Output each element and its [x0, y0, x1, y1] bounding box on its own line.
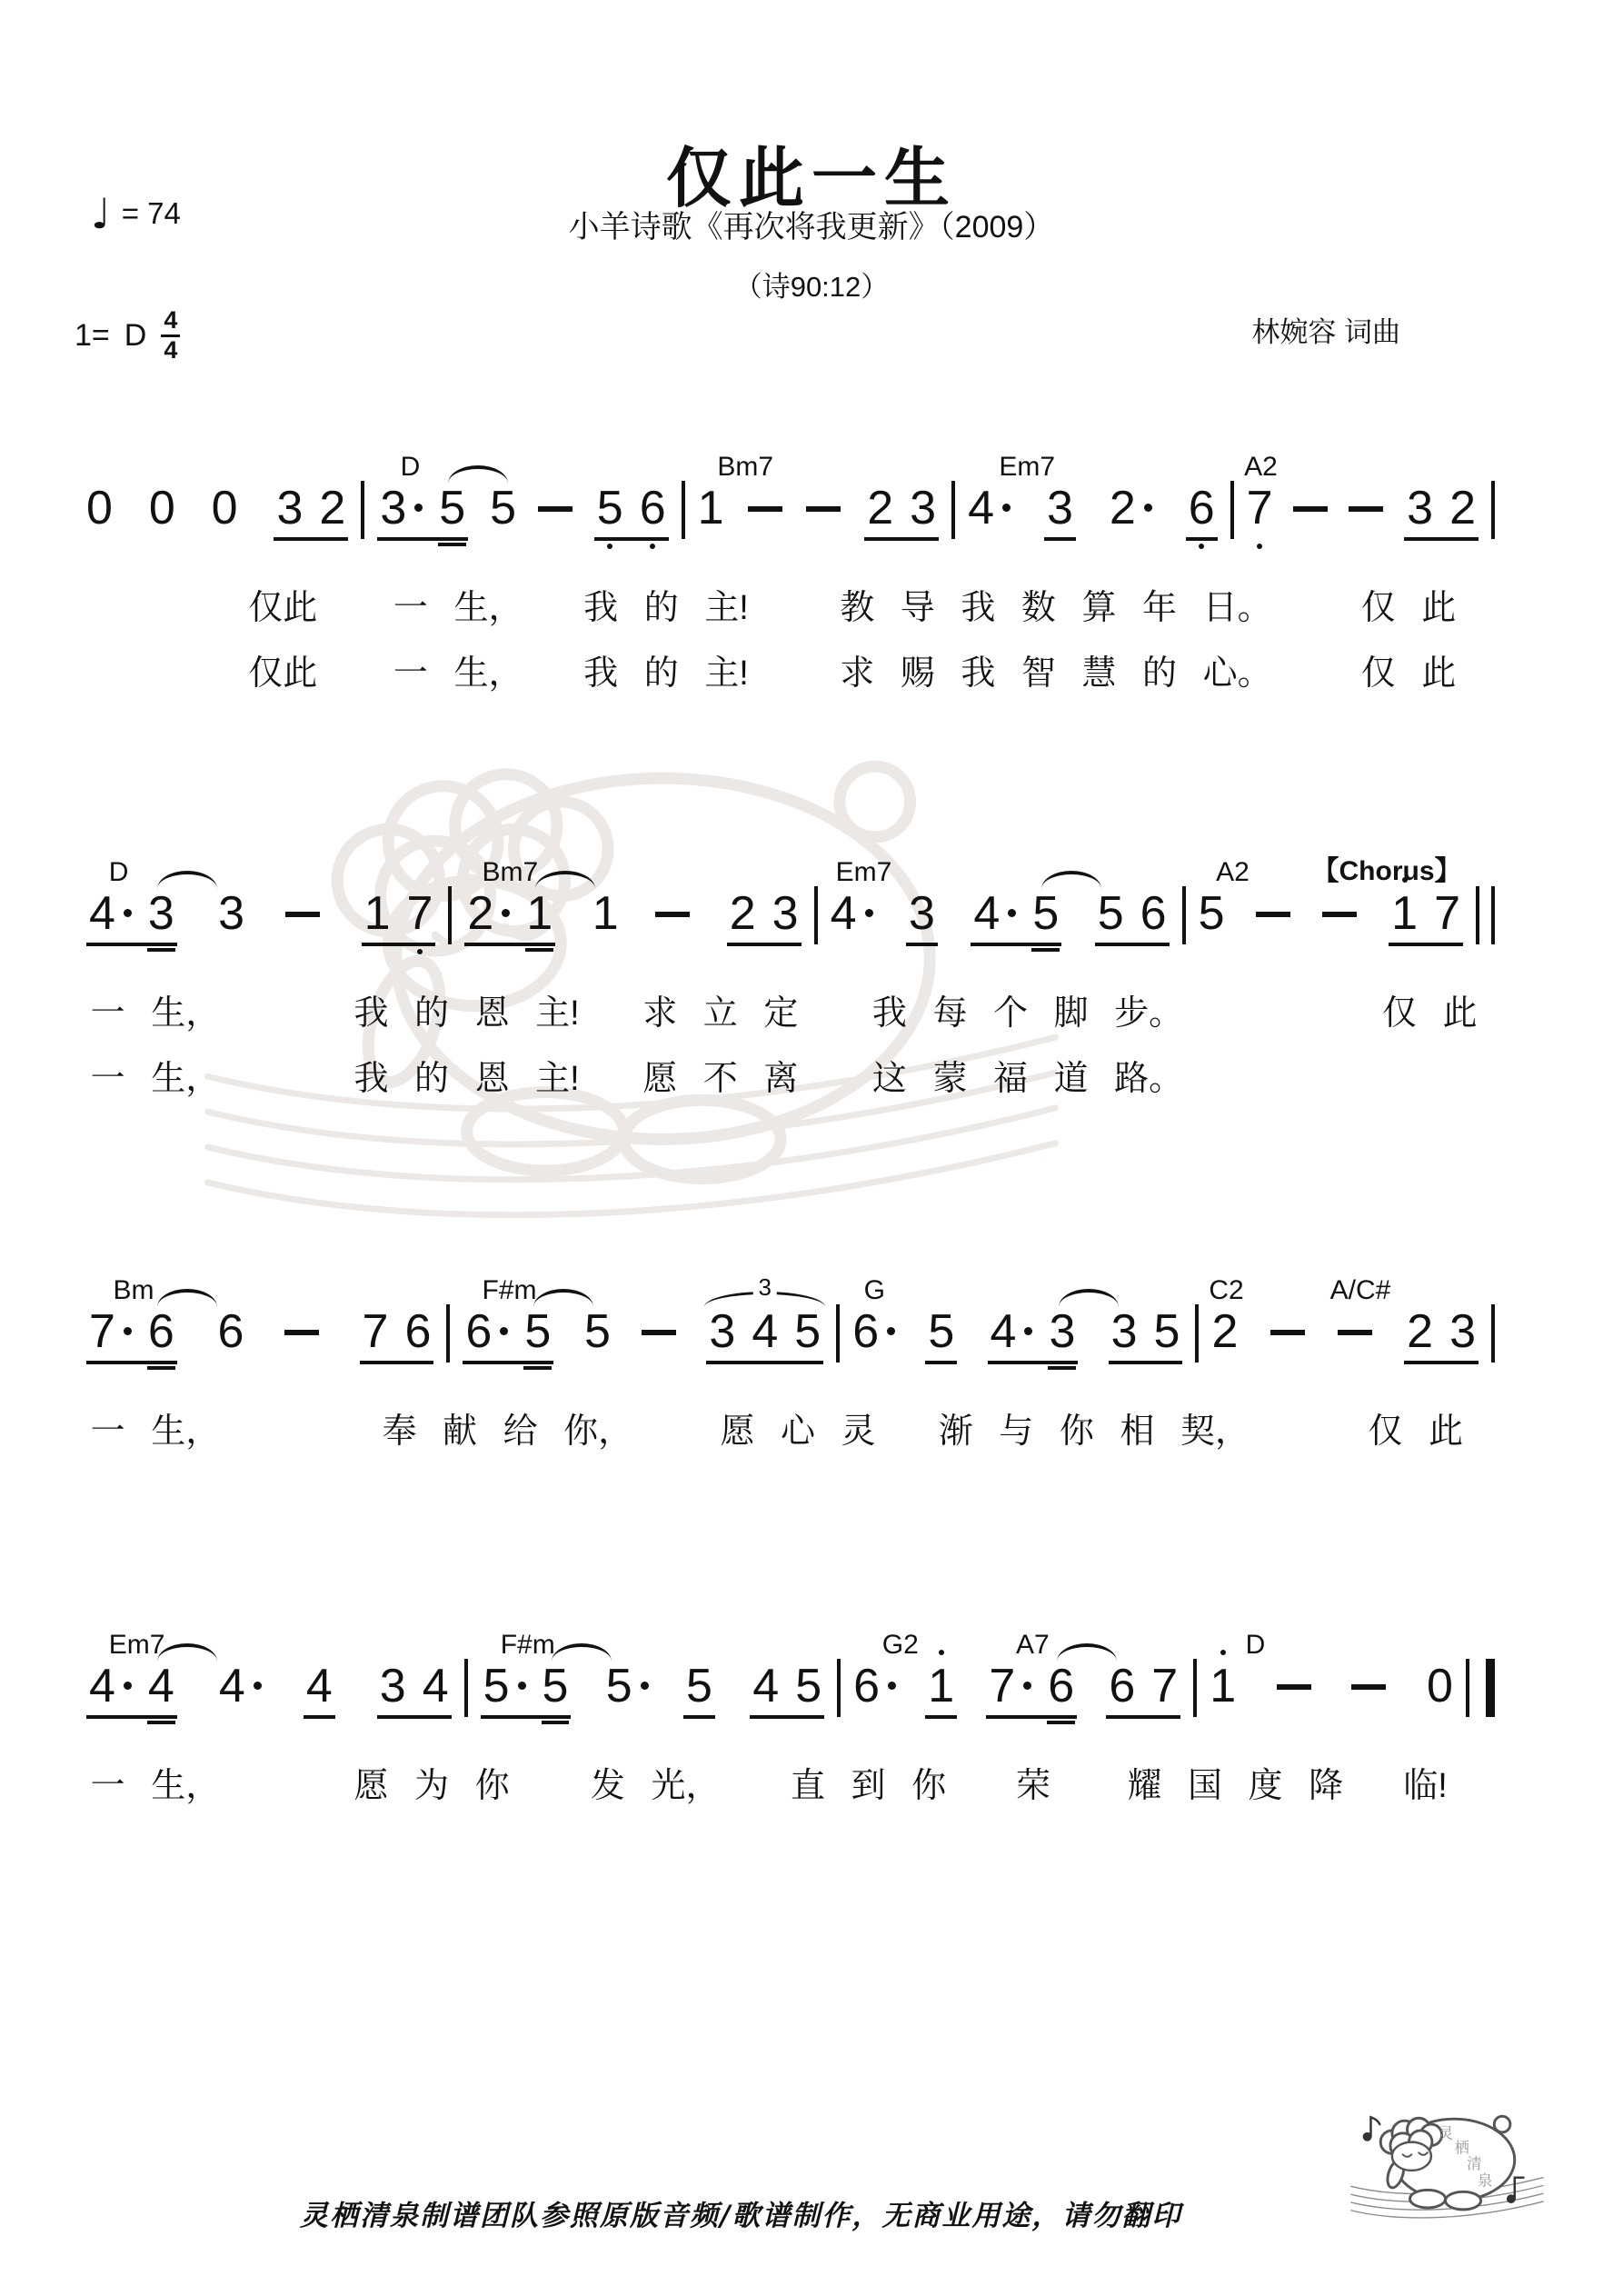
beam-group: 35: [377, 484, 468, 541]
music-system: BmF#mGC2A/C#766766553345654335223一 生，奉 献…: [86, 1266, 1495, 1444]
music-system: DBm7Em7A200032355561234326732仅此一 生，我 的 主…: [86, 443, 1495, 686]
augmentation-dot: [1024, 1327, 1032, 1335]
note-digit: 1: [928, 1662, 954, 1710]
measure: 555545: [468, 1662, 838, 1719]
note-digit: 3: [772, 890, 799, 937]
note-digit: 1: [1210, 1662, 1236, 1710]
note-digit: 0: [1427, 1662, 1453, 1710]
duration-dash: [538, 506, 573, 512]
chord-label: Bm7: [717, 452, 773, 483]
note: 1: [1391, 890, 1418, 937]
chord-row: DBm7Em7A2: [86, 443, 1495, 484]
note-digit: 5: [794, 1308, 821, 1355]
note: 1: [928, 1662, 954, 1710]
note-digit: 5: [1098, 890, 1124, 937]
note: 3: [1047, 484, 1073, 532]
duration-dash: [1256, 912, 1290, 917]
chord-label: Em7: [836, 857, 892, 888]
duration-dash: [1293, 506, 1328, 512]
barline: [1491, 1304, 1495, 1363]
beam-group: 21: [464, 890, 555, 946]
note: 6: [1189, 484, 1215, 532]
beam-group: 1: [925, 1662, 957, 1719]
lyric-group: 我 的 恩 主!: [354, 1050, 580, 1100]
note: 5: [543, 1662, 569, 1710]
augmentation-dot: [124, 909, 132, 917]
chord-label: A7: [1016, 1630, 1050, 1661]
note: 5: [1032, 890, 1059, 937]
note: 1: [364, 890, 391, 937]
augmentation-dot: [1002, 504, 1011, 512]
note-digit: 5: [928, 1308, 954, 1355]
note: 6: [640, 484, 666, 532]
note: 3: [218, 890, 244, 937]
augmentation-dot: [888, 1682, 896, 1690]
chord-label: A/C#: [1330, 1275, 1391, 1306]
measure: 35556: [364, 484, 681, 541]
note-digit: 4: [148, 1662, 174, 1710]
lyric-group: 这 蒙 福 道 路。: [872, 1050, 1183, 1100]
note-digit: 1: [1391, 890, 1418, 937]
note-digit: 3: [1047, 484, 1073, 532]
lyric-group: 仅 此: [1361, 579, 1457, 629]
note: 5: [439, 484, 465, 532]
note-digit: 3: [380, 484, 406, 532]
chord-label: G2: [882, 1630, 919, 1661]
note: 6: [1109, 1662, 1135, 1710]
note: 3: [1407, 484, 1433, 532]
measure: 123: [685, 484, 951, 541]
note: 3: [1111, 1308, 1138, 1355]
beam-group: 3: [1044, 484, 1076, 541]
beam-group: 56: [1095, 890, 1170, 946]
note-digit: 3: [1049, 1308, 1075, 1355]
music-system: DBm7Em7A2【Chorus】4331721123434556517一 生，…: [86, 848, 1495, 1092]
note: 6: [853, 1662, 896, 1710]
measure: 732: [1234, 484, 1491, 541]
note: 4: [306, 1662, 333, 1710]
lyric-group: 愿 心 灵: [721, 1403, 876, 1452]
note-digit: 0: [212, 484, 238, 532]
note-digit: 5: [584, 1308, 611, 1355]
note-digit: 3: [909, 890, 935, 937]
chord-label: D: [109, 857, 129, 888]
lyric-group: 一 生，: [393, 579, 523, 629]
measure: 43317: [86, 890, 448, 946]
augmentation-dot: [1008, 909, 1016, 917]
note-digit: 4: [968, 484, 994, 532]
sixteenth-underline: [1048, 1366, 1076, 1370]
sixteenth-underline: [1047, 1721, 1075, 1724]
measure: 10: [1197, 1662, 1466, 1710]
lyric-group: 愿 为 你: [354, 1757, 510, 1807]
note-digit: 4: [991, 1308, 1017, 1355]
note: 6: [1048, 1662, 1074, 1710]
note: 3: [380, 1662, 406, 1710]
note-digit: 2: [467, 890, 493, 937]
lyric-group: 一 生，: [91, 984, 221, 1034]
note: 1: [1210, 1662, 1236, 1710]
note-digit: 6: [1109, 1662, 1135, 1710]
lyric-group: 耀 国 度 降: [1127, 1757, 1343, 1807]
note: 4: [89, 1662, 132, 1710]
lyric-group: 发 光，: [591, 1757, 721, 1807]
note-digit: 4: [306, 1662, 333, 1710]
note: 5: [928, 1308, 954, 1355]
barline: [1476, 886, 1495, 944]
duration-dash: [284, 1330, 319, 1335]
lyric-group: 求 立 定: [642, 984, 798, 1034]
note-digit: 5: [606, 1662, 632, 1710]
note-digit: 2: [1110, 484, 1136, 532]
lyric-group: 我 的 恩 主!: [354, 984, 580, 1034]
lyric-group: 我 每 个 脚 步。: [872, 984, 1183, 1034]
note: 1: [592, 890, 619, 937]
note-digit: 4: [752, 1662, 779, 1710]
lyric-group: 仅此: [248, 644, 317, 694]
note-digit: 5: [1199, 890, 1225, 937]
measure: 617667: [841, 1662, 1193, 1719]
note: 7: [406, 890, 433, 937]
augmentation-dot: [124, 1327, 132, 1335]
key-signature: 1= D 4 4: [75, 307, 180, 364]
note: 6: [404, 1308, 431, 1355]
lyric-group: 荣: [1016, 1757, 1050, 1807]
note: 1: [526, 890, 553, 937]
note: 2: [467, 890, 510, 937]
augmentation-dot: [124, 1682, 132, 1690]
beam-group: 45: [750, 1662, 824, 1719]
note: 6: [465, 1308, 508, 1355]
note: 4: [752, 1662, 779, 1710]
note: 5: [584, 1308, 611, 1355]
note-digit: 2: [319, 484, 345, 532]
sixteenth-underline: [147, 1366, 175, 1370]
sixteenth-underline: [438, 543, 466, 546]
scripture-reference: （诗90:12）: [0, 264, 1623, 304]
note-digit: 1: [364, 890, 391, 937]
chord-label: C2: [1209, 1275, 1243, 1306]
note-digit: 5: [1154, 1308, 1180, 1355]
note: 4: [89, 890, 132, 937]
note-digit: 1: [526, 890, 553, 937]
measure: 76676: [86, 1308, 446, 1364]
footer-note: 灵栖清泉制谱团队参照原版音频/歌谱制作，无商业用途，请勿翻印: [300, 2192, 1181, 2233]
lyrics-row: 仅此一 生，我 的 主!求 赐 我 智 慧 的 心。仅 此: [86, 644, 1495, 686]
note-digit: 1: [698, 484, 724, 532]
note-digit: 7: [1434, 890, 1460, 937]
note-digit: 5: [686, 1662, 712, 1710]
lyric-group: 仅 此: [1361, 644, 1457, 694]
lyric-group: 一 生，: [91, 1757, 221, 1807]
time-denominator: 4: [161, 334, 180, 364]
note: 5: [524, 1308, 551, 1355]
chord-label: Em7: [109, 1630, 165, 1661]
beam-group: 43: [988, 1308, 1079, 1364]
chord-label: Em7: [999, 452, 1055, 483]
sixteenth-underline: [525, 948, 553, 952]
note: 6: [148, 1308, 174, 1355]
note: 4: [423, 1662, 449, 1710]
lyric-group: 一 生，: [393, 644, 523, 694]
note: 2: [1407, 1308, 1433, 1355]
augmentation-dot: [865, 909, 873, 917]
logo-text-char: 清: [1467, 2155, 1482, 2172]
chord-label: F#m: [501, 1630, 555, 1661]
notes-row: 4331721123434556517: [86, 890, 1495, 957]
lyric-group: 一 生，: [91, 1050, 221, 1100]
note-digit: 6: [404, 1308, 431, 1355]
note-digit: 5: [1032, 890, 1059, 937]
note-digit: 7: [989, 1662, 1015, 1710]
note: 2: [1211, 1308, 1238, 1355]
note-digit: 7: [406, 890, 433, 937]
duration-dash: [1349, 506, 1383, 512]
note: 4: [148, 1662, 174, 1710]
notes-row: 44443455554561766710: [86, 1662, 1495, 1730]
beam-group: 3: [906, 890, 938, 946]
chord-label: A2: [1244, 452, 1278, 483]
composer-credit: 林婉容 词曲: [1251, 309, 1400, 350]
duration-dash: [1270, 1330, 1305, 1335]
lyric-group: 奉 献 给 你，: [383, 1403, 633, 1452]
note: 3: [276, 484, 303, 532]
note-digit: 6: [148, 1308, 174, 1355]
note-digit: 2: [867, 484, 893, 532]
section-label: 【Chorus】: [1312, 848, 1462, 888]
note: 7: [989, 1662, 1031, 1710]
sixteenth-underline: [542, 1721, 570, 1724]
beam-group: 55: [481, 1662, 572, 1719]
note: 3: [772, 890, 799, 937]
lyric-group: 愿 不 离: [642, 1050, 798, 1100]
note-digit: 6: [465, 1308, 492, 1355]
note: 4: [831, 890, 873, 937]
lyric-group: 一 生，: [91, 1403, 221, 1452]
measure: 21123: [452, 890, 813, 946]
chord-label: G: [864, 1275, 885, 1306]
note-digit: 2: [1211, 1308, 1238, 1355]
beam-group: 76: [360, 1308, 434, 1364]
note: 1: [698, 484, 724, 532]
duration-dash: [285, 912, 320, 917]
lyric-group: 教 导 我 数 算 年 日。: [840, 579, 1271, 629]
note-digit: 5: [543, 1662, 569, 1710]
note-digit: 5: [483, 1662, 510, 1710]
note-digit: 6: [217, 1308, 244, 1355]
note: 4: [973, 890, 1016, 937]
note: 7: [89, 1308, 132, 1355]
note: 5: [795, 1662, 821, 1710]
beam-group: 43: [86, 890, 177, 946]
sixteenth-underline: [1031, 948, 1060, 952]
note: 2: [1110, 484, 1152, 532]
note: 5: [1154, 1308, 1180, 1355]
note-digit: 7: [1247, 484, 1273, 532]
notes-row: 00032355561234326732: [86, 484, 1495, 552]
note: 5: [483, 1662, 526, 1710]
note-digit: 6: [640, 484, 666, 532]
octave-dot: [417, 949, 423, 954]
note-digit: 3: [218, 890, 244, 937]
note-digit: 4: [752, 1308, 778, 1355]
chord-label: D: [401, 452, 421, 483]
lyrics-row: 一 生，我 的 恩 主!求 立 定我 每 个 脚 步。仅 此: [86, 984, 1495, 1026]
note: 3: [709, 1308, 735, 1355]
note-digit: 7: [363, 1308, 389, 1355]
note-digit: 3: [148, 890, 174, 937]
beam-group: 56: [594, 484, 669, 541]
beam-group: 32: [1404, 484, 1479, 541]
note: 5: [686, 1662, 712, 1710]
duration-dash: [1338, 1330, 1372, 1335]
chord-label: A2: [1216, 857, 1250, 888]
sheet-music-page: 仅此一生 ♩ = 74 小羊诗歌《再次将我更新》（2009） （诗90:12） …: [0, 0, 1623, 2296]
note-digit: 5: [795, 1662, 821, 1710]
lyric-group: 仅此: [248, 579, 317, 629]
note: 3: [1449, 1308, 1476, 1355]
note: 5: [1098, 890, 1124, 937]
note: 4: [968, 484, 1011, 532]
note: 7: [1247, 484, 1273, 532]
chord-label: Bm7: [483, 857, 539, 888]
note-digit: 3: [1407, 484, 1433, 532]
lyric-group: 仅 此: [1382, 984, 1478, 1034]
beam-group: 4: [304, 1662, 335, 1719]
note-digit: 3: [910, 484, 936, 532]
note-digit: 4: [219, 1662, 245, 1710]
note-digit: 2: [1407, 1308, 1433, 1355]
duration-dash: [655, 912, 690, 917]
lyrics-row: 仅此一 生，我 的 主!教 导 我 数 算 年 日。仅 此: [86, 579, 1495, 621]
note: 3: [148, 890, 174, 937]
note-digit: 3: [1111, 1308, 1138, 1355]
song-subtitle: 小羊诗歌《再次将我更新》（2009）: [0, 202, 1623, 246]
beam-group: 45: [971, 890, 1061, 946]
note-digit: 6: [852, 1308, 879, 1355]
beam-group: 17: [1389, 890, 1463, 946]
note-digit: 5: [490, 484, 516, 532]
note: 4: [991, 1308, 1033, 1355]
note-digit: 7: [1151, 1662, 1178, 1710]
note-digit: 6: [1048, 1662, 1074, 1710]
logo-text-char: 栖: [1454, 2139, 1469, 2156]
measure: 654335: [840, 1308, 1195, 1364]
beam-group: 34: [377, 1662, 452, 1719]
time-numerator: 4: [161, 307, 180, 334]
note-digit: 2: [730, 890, 756, 937]
sixteenth-underline: [147, 1721, 175, 1724]
triplet-number: 3: [753, 1275, 777, 1299]
note: 4: [219, 1662, 262, 1710]
note-digit: 3: [380, 1662, 406, 1710]
augmentation-dot: [502, 909, 510, 917]
note: 3: [380, 484, 423, 532]
octave-dot: [607, 544, 612, 549]
beam-group: 44: [86, 1662, 177, 1719]
measure: 223: [1199, 1308, 1491, 1364]
augmentation-dot: [414, 504, 423, 512]
note: 7: [363, 1308, 389, 1355]
logo-text-char: 泉: [1478, 2172, 1493, 2190]
beam-group: 6: [1186, 484, 1218, 541]
measure: 00032: [86, 484, 361, 541]
note: 7: [1151, 1662, 1178, 1710]
note: 6: [217, 1308, 244, 1355]
key-prefix: 1=: [75, 318, 110, 354]
lyric-group: 我 的 主!: [583, 579, 749, 629]
augmentation-dot: [500, 1327, 508, 1335]
beam-group: 65: [463, 1308, 553, 1364]
note: 5: [490, 484, 516, 532]
note: 0: [149, 484, 175, 532]
beam-group: 76: [86, 1308, 177, 1364]
augmentation-dot: [1023, 1682, 1031, 1690]
measure: 6553345: [450, 1308, 836, 1364]
lyric-group: 我 的 主!: [583, 644, 749, 694]
duration-dash: [806, 506, 841, 512]
note-digit: 5: [439, 484, 465, 532]
augmentation-dot: [641, 1682, 649, 1690]
augmentation-dot: [518, 1682, 526, 1690]
note-digit: 4: [423, 1662, 449, 1710]
note-digit: 0: [86, 484, 113, 532]
measure: 517: [1186, 890, 1476, 946]
note-digit: 5: [524, 1308, 551, 1355]
measure: 434556: [818, 890, 1182, 946]
duration-dash: [642, 1330, 676, 1335]
note-digit: 4: [973, 890, 1000, 937]
sheep-logo-icon: 灵 栖 清 泉: [1349, 2098, 1545, 2234]
beam-group: 5: [683, 1662, 715, 1719]
lyric-group: 渐 与 你 相 契，: [939, 1403, 1250, 1452]
note: 6: [852, 1308, 895, 1355]
note-digit: 7: [89, 1308, 115, 1355]
beam-group: 32: [274, 484, 348, 541]
augmentation-dot: [254, 1682, 262, 1690]
beam-group: 67: [1106, 1662, 1180, 1719]
note: 5: [794, 1308, 821, 1355]
measure: 4326: [955, 484, 1230, 541]
note: 7: [1434, 890, 1460, 937]
lyric-group: 仅 此: [1369, 1403, 1464, 1452]
octave-dot: [1220, 1650, 1226, 1655]
note-digit: 6: [1140, 890, 1167, 937]
beam-group: 23: [727, 890, 802, 946]
beam-group: 35: [1109, 1308, 1183, 1364]
beam-group: 76: [986, 1662, 1077, 1719]
key-value: D: [124, 318, 147, 354]
chord-row: DBm7Em7A2【Chorus】: [86, 848, 1495, 890]
note: 3: [910, 484, 936, 532]
lyrics-row: 一 生，愿 为 你发 光，直 到 你荣耀 国 度 降临!: [86, 1757, 1495, 1799]
lyrics-row: 一 生，奉 献 给 你，愿 心 灵渐 与 你 相 契，仅 此: [86, 1403, 1495, 1444]
note: 2: [319, 484, 345, 532]
beam-group: 5: [925, 1308, 957, 1364]
augmentation-dot: [1144, 504, 1152, 512]
note: 2: [1449, 484, 1476, 532]
note-digit: 6: [1189, 484, 1215, 532]
lyric-group: 临!: [1403, 1757, 1448, 1807]
chord-row: Em7F#mG2A7D: [86, 1621, 1495, 1662]
chord-label: Bm: [113, 1275, 154, 1306]
beam-group: 23: [1404, 1308, 1479, 1364]
note-digit: 4: [831, 890, 857, 937]
octave-dot: [1257, 544, 1262, 549]
time-signature: 4 4: [161, 307, 180, 364]
note: 4: [752, 1308, 778, 1355]
note: 2: [867, 484, 893, 532]
